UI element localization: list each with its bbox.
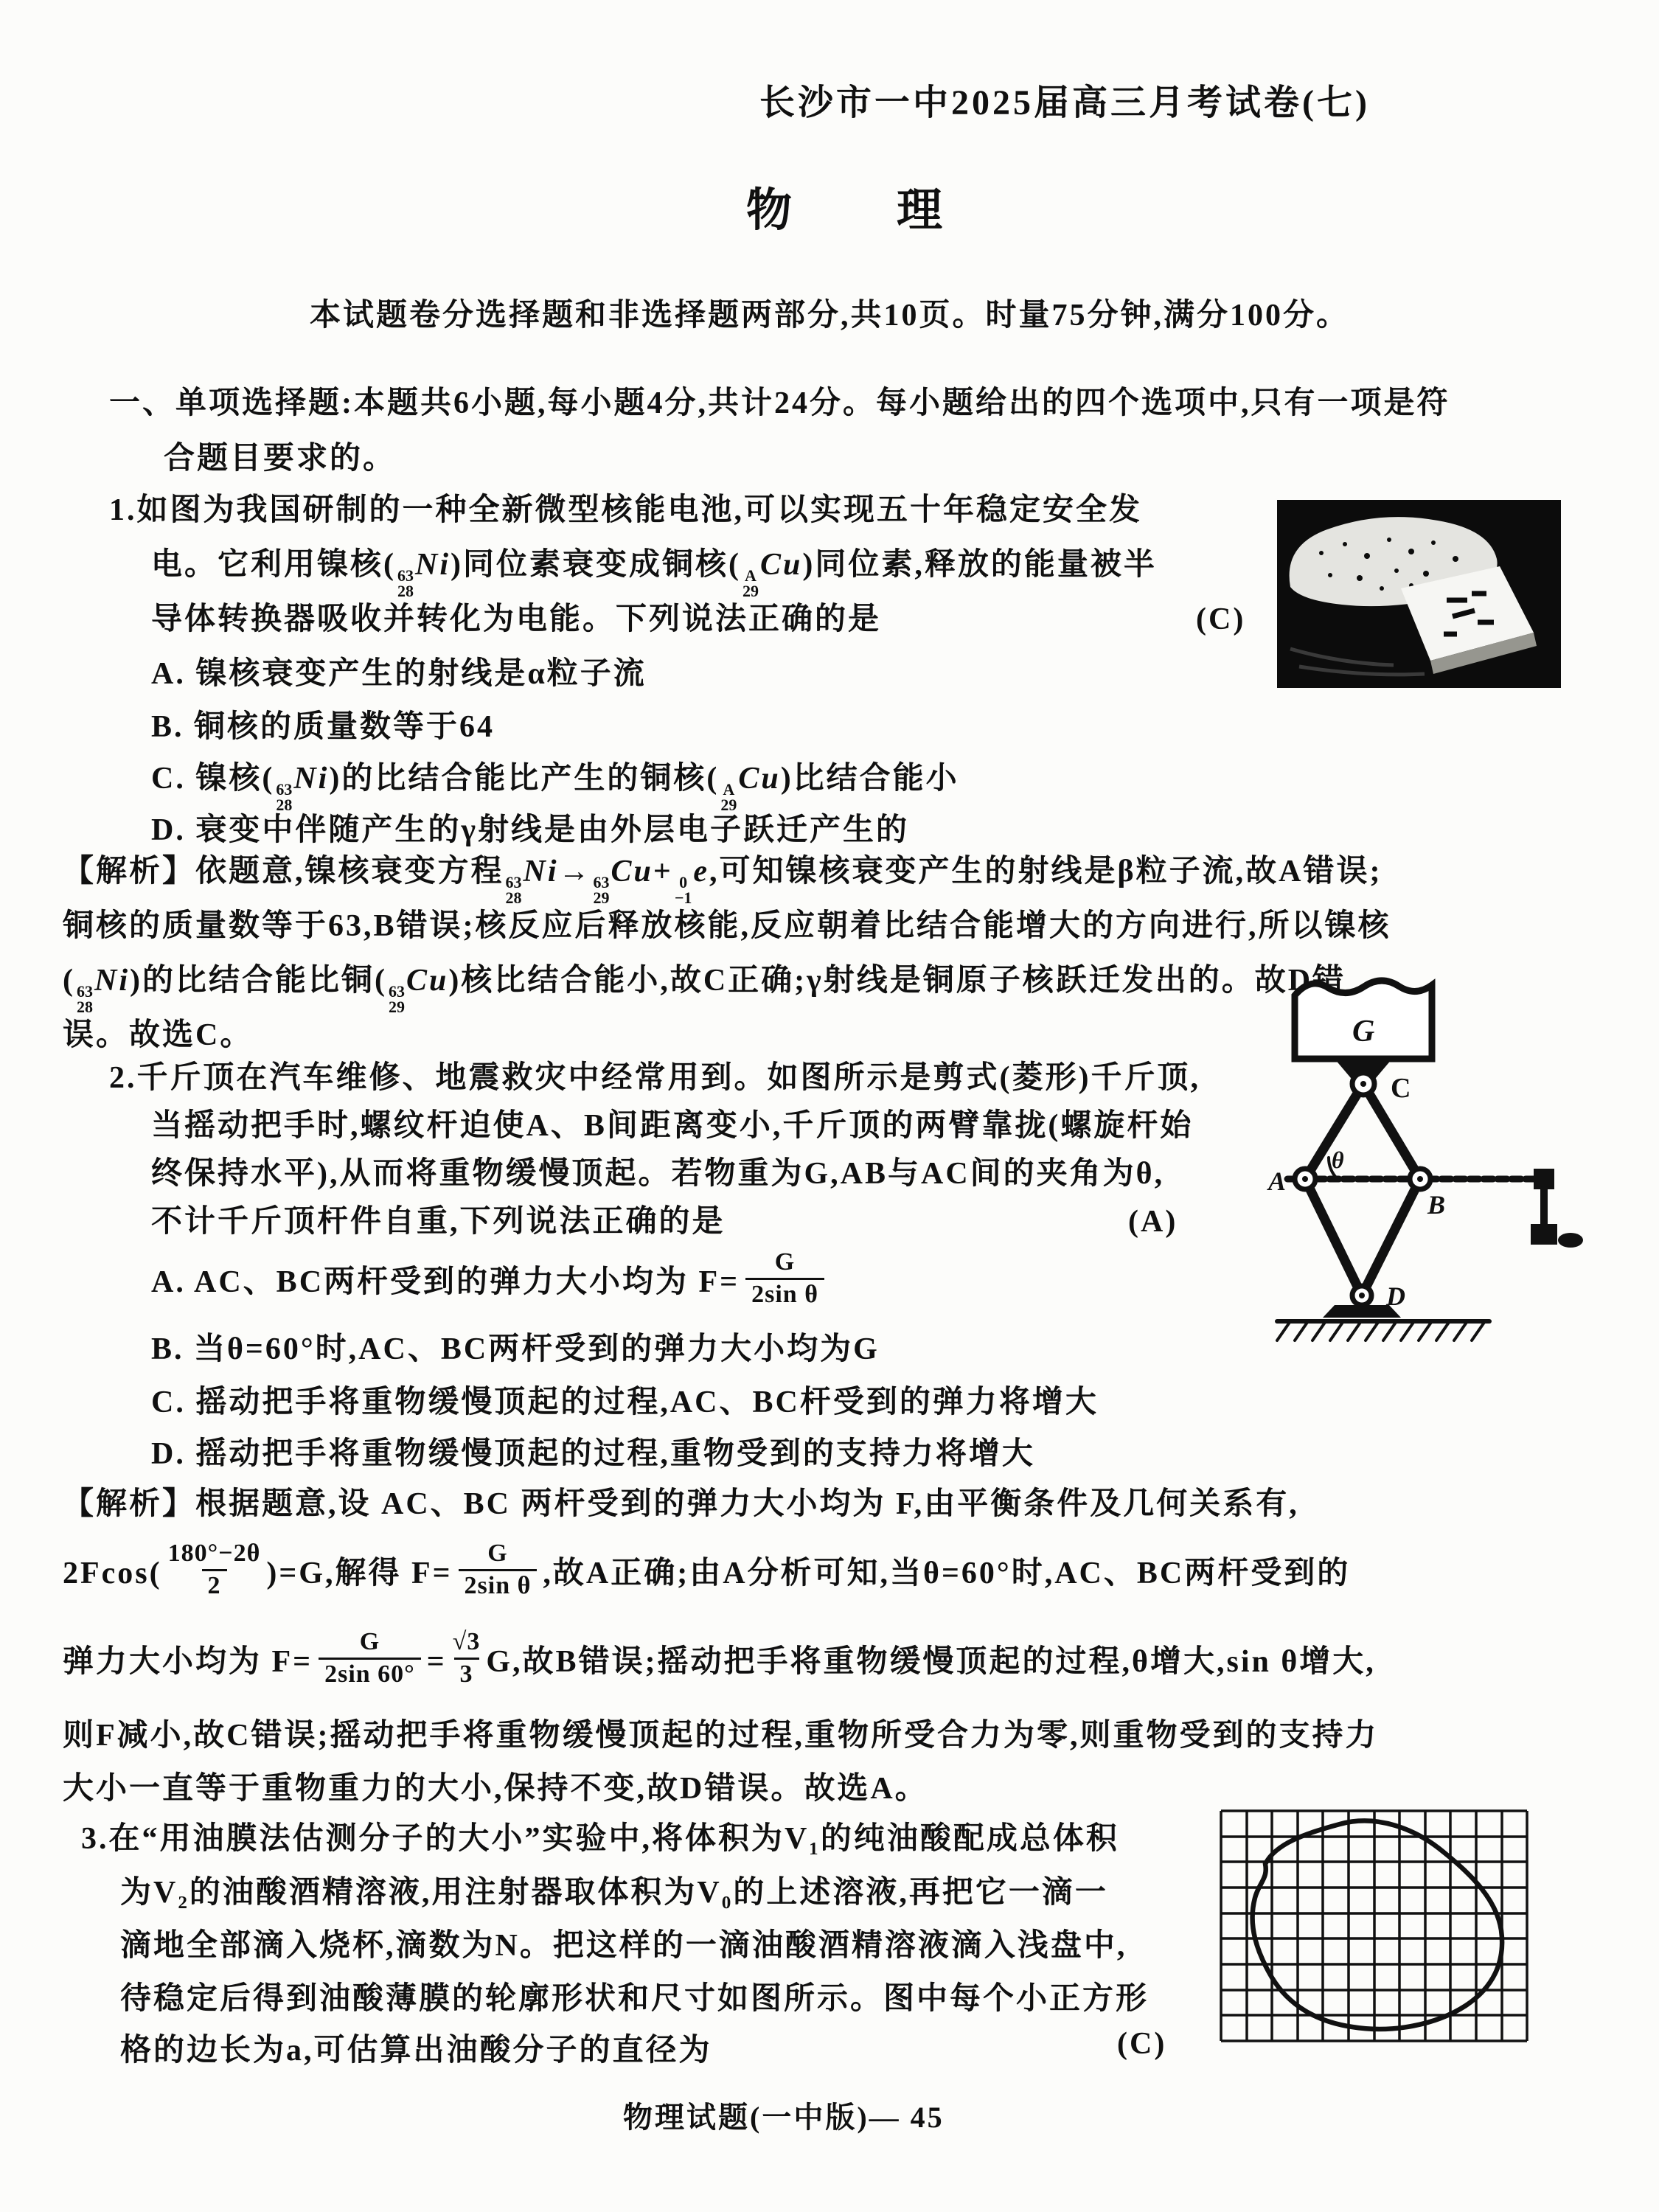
- q2-line3: 终保持水平),从而将重物缓慢顶起。若物重为G,AB与AC间的夹角为θ,: [151, 1156, 1164, 1193]
- label-G: G: [1352, 1015, 1374, 1048]
- crank-handle: [1531, 1169, 1583, 1248]
- q2-line1: 2.千斤顶在汽车维修、地震救灾中经常用到。如图所示是剪式(菱形)千斤顶,: [109, 1060, 1200, 1097]
- label-B: B: [1427, 1190, 1445, 1220]
- q1-option-d: D. 衰变中伴随产生的γ射线是由外层电子跃迁产生的: [151, 813, 909, 849]
- q2-analysis-line1: 【解析】根据题意,设 AC、BC 两杆受到的弹力大小均为 F,由平衡条件及几何关…: [63, 1486, 1299, 1523]
- q3-line2: 为V₂的油酸酒精溶液,用注射器取体积为V₀的上述溶液,再把它一滴一: [120, 1875, 1108, 1912]
- subject-text: 物 理: [746, 186, 947, 236]
- q2-answer: (A): [1128, 1204, 1178, 1241]
- exam-info-text: 本试题卷分选择题和非选择题两部分,共10页。时量75分钟,满分100分。: [310, 299, 1349, 333]
- nuclide-cu63: 6329: [389, 984, 405, 1015]
- nuclide-cuA: A29: [742, 568, 759, 599]
- exam-paper-page: 长沙市一中2025届高三月考试卷(七) 物 理 本试题卷分选择题和非选择题两部分…: [0, 0, 1659, 2212]
- grid-lines: [1221, 1811, 1527, 2041]
- q1-analysis-line3: (6328Ni)的比结合能比铜(6329Cu)核比结合能小,故C正确;γ射线是铜…: [63, 963, 1346, 1015]
- q1-analysis-line4: 误。故选C。: [63, 1018, 253, 1054]
- fraction: G2sin θ: [745, 1248, 824, 1310]
- q2-number: 2.: [109, 1061, 137, 1095]
- q1-analysis-line1: 【解析】依题意,镍核衰变方程6328Ni→6329Cu+0−1e,可知镍核衰变产…: [63, 854, 1382, 906]
- section1-heading-line1: 一、单项选择题:本题共6小题,每小题4分,共计24分。每小题给出的四个选项中,只…: [109, 386, 1450, 422]
- nuclide-electron: 0−1: [675, 875, 692, 906]
- page-title: 长沙市一中2025届高三月考试卷(七): [759, 83, 1370, 125]
- q2-option-a: A. AC、BC两杆受到的弹力大小均为 F=G2sin θ: [151, 1253, 830, 1316]
- fraction: √33: [453, 1627, 481, 1690]
- q1-analysis-line2: 铜核的质量数等于63,B错误;核反应后释放核能,反应朝着比结合能增大的方向进行,…: [63, 908, 1391, 945]
- label-C: C: [1391, 1073, 1411, 1104]
- oil-film-outline: [1253, 1820, 1503, 2029]
- q2-line4: 不计千斤顶杆件自重,下列说法正确的是: [151, 1204, 726, 1241]
- q1-option-a: A. 镍核衰变产生的射线是α粒子流: [151, 656, 647, 693]
- q3-line3: 滴地全部滴入烧杯,滴数为N。把这样的一滴油酸酒精溶液滴入浅盘中,: [120, 1928, 1127, 1965]
- q3-number: 3.: [81, 1822, 109, 1856]
- nuclide-ni63: 6328: [77, 984, 93, 1015]
- q2-analysis-line3: 弹力大小均为 F=G2sin 60°=√33G,故B错误;摇动把手将重物缓慢顶起…: [63, 1633, 1376, 1696]
- q3-line5: 格的边长为a,可估算出油酸分子的直径为: [120, 2033, 712, 2070]
- q2-option-d: D. 摇动把手将重物缓慢顶起的过程,重物受到的支持力将增大: [151, 1436, 1035, 1473]
- label-A: A: [1267, 1166, 1286, 1196]
- fraction: G2sin 60°: [319, 1627, 421, 1690]
- exam-info: 本试题卷分选择题和非选择题两部分,共10页。时量75分钟,满分100分。: [310, 298, 1349, 335]
- q2-analysis-line2: 2Fcos(180°−2θ2)=G,解得 F=G2sin θ,故A正确;由A分析…: [63, 1545, 1350, 1607]
- q3-line4: 待稳定后得到油酸薄膜的轮廓形状和尺寸如图所示。图中每个小正方形: [120, 1981, 1149, 2018]
- jack-diagram-figure: G C A θ B D: [1246, 964, 1593, 1366]
- school-title-text: 长沙市一中2025届高三月考试卷(七): [759, 83, 1370, 122]
- jack-arms: [1305, 1084, 1420, 1295]
- section1-heading-line2: 合题目要求的。: [164, 441, 396, 478]
- q2-analysis-line5: 大小一直等于重物重力的大小,保持不变,故D错误。故选A。: [63, 1771, 928, 1808]
- q1-option-c: C. 镍核(6328Ni)的比结合能比产生的铜核(A29Cu)比结合能小: [151, 761, 959, 813]
- q1-option-b: B. 铜核的质量数等于64: [151, 709, 495, 746]
- nuclide-ni63: 6328: [276, 782, 292, 813]
- label-D: D: [1385, 1281, 1405, 1311]
- fraction: 180°−2θ2: [168, 1539, 261, 1601]
- q1-line1: 1.如图为我国研制的一种全新微型核能电池,可以实现五十年稳定安全发: [109, 493, 1142, 529]
- fraction: G2sin θ: [459, 1539, 538, 1601]
- q2-analysis-line4: 则F减小,故C错误;摇动把手将重物缓慢顶起的过程,重物所受合力为零,则重物受到的…: [63, 1718, 1378, 1755]
- subject-title: 物 理: [746, 184, 947, 238]
- q1-number: 1.: [109, 493, 137, 527]
- page-footer: 物理试题(一中版)— 45: [623, 2100, 945, 2135]
- nuclide-ni63: 6328: [506, 875, 522, 906]
- q1-line3: 导体转换器吸收并转化为电能。下列说法正确的是: [151, 602, 881, 639]
- q2-option-c: C. 摇动把手将重物缓慢顶起的过程,AC、BC杆受到的弹力将增大: [151, 1385, 1099, 1422]
- battery-photo: [1277, 500, 1561, 688]
- q3-answer: (C): [1117, 2026, 1166, 2063]
- q1-line2: 电。它利用镍核(6328Ni)同位素衰变成铜核(A29Cu)同位素,释放的能量被…: [151, 547, 1157, 599]
- oil-film-grid-figure: [1218, 1808, 1531, 2044]
- nuclide-cu63: 6329: [594, 875, 610, 906]
- nuclide-cuA: A29: [720, 782, 737, 813]
- q1-answer: (C): [1196, 602, 1245, 639]
- q3-line1: 3.在“用油膜法估测分子的大小”实验中,将体积为V₁的纯油酸配成总体积: [81, 1821, 1119, 1858]
- ground-hatching: [1277, 1321, 1485, 1340]
- q2-option-b: B. 当θ=60°时,AC、BC两杆受到的弹力大小均为G: [151, 1332, 880, 1368]
- q2-line2: 当摇动把手时,螺纹杆迫使A、B间距离变小,千斤顶的两臂靠拢(螺旋杆始: [151, 1108, 1193, 1145]
- nuclide-ni63: 6328: [397, 568, 414, 599]
- label-theta: θ: [1332, 1147, 1344, 1173]
